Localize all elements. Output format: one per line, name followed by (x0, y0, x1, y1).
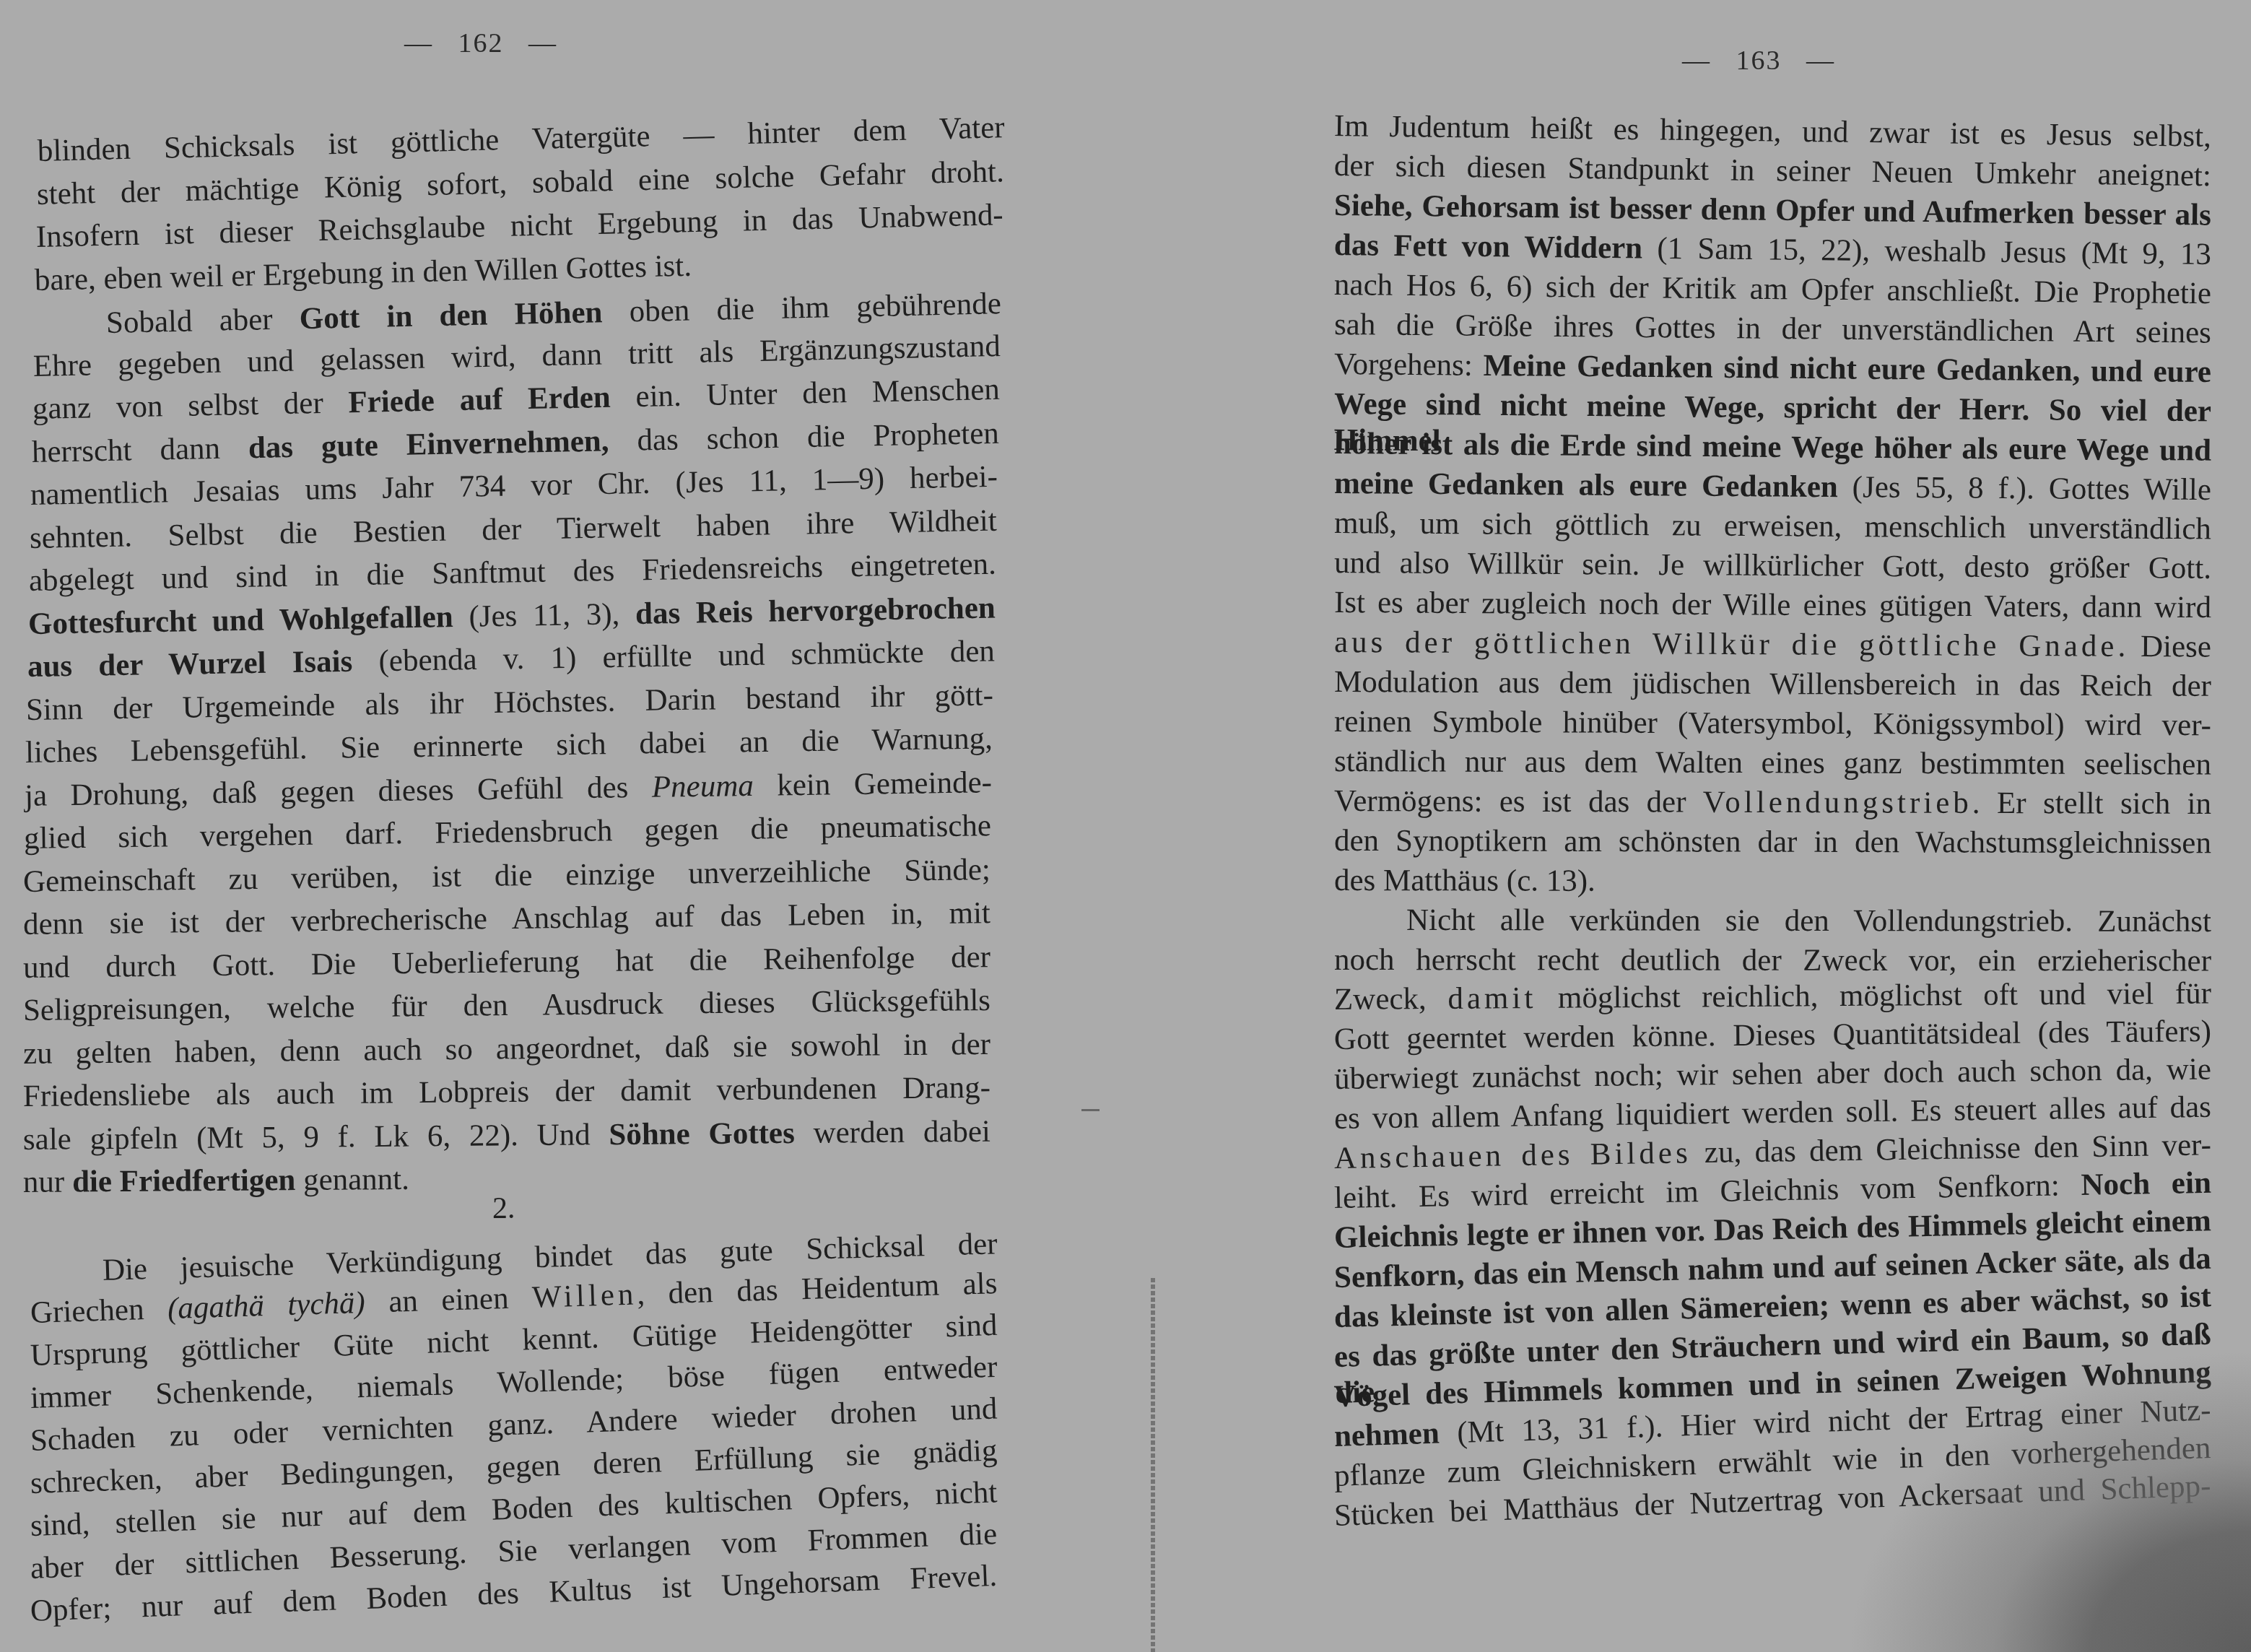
page-number-left: — 162 — (404, 27, 557, 59)
text-line: Seligpreisungen, welche für den Ausdruck… (23, 983, 990, 1029)
text-line: Nicht alle verkünden sie den Vollendungs… (1406, 903, 2211, 940)
text-line: Gottesfurcht und Wohlgefallen (Jes 11, 3… (27, 590, 996, 642)
text-segment: und also Willkür sein. Je willkürlicher … (1334, 546, 2211, 586)
left-page: — 162 — blinden Schicksals ist göttliche… (0, 0, 1126, 1652)
text-segment: möglichst reichlich, möglichst oft und v… (1536, 977, 2211, 1016)
text-segment: muß, um sich göttlich zu erweisen, mensc… (1334, 506, 2211, 546)
text-line: den Synoptikern am schönsten dar in den … (1334, 823, 2211, 861)
text-line: Zweck, damit möglichst reichlich, möglic… (1334, 976, 2211, 1018)
spaced-text: aus der göttlichen Willkür die göttliche… (1334, 625, 2118, 664)
text-segment: an einen (365, 1281, 533, 1320)
bold-text: meine Gedanken als eure Gedanken (1334, 466, 1838, 504)
text-line: reinen Symbole hinüber (Vatersymbol, Kön… (1334, 704, 2211, 744)
text-segment: Gott geerntet werden könne. Dieses Quant… (1334, 1014, 2211, 1056)
text-line: Friedensliebe als auch im Lobpreis der d… (23, 1070, 990, 1115)
text-line: Ist es aber zugleich noch der Wille eine… (1334, 585, 2211, 626)
text-line: Siehe, Gehorsam ist besser denn Opfer un… (1334, 188, 2211, 234)
text-line: Gemeinschaft zu verüben, ist die einzige… (23, 852, 991, 900)
spaced-text: damit (1447, 981, 1536, 1016)
bold-text: Gott in den Höhen (299, 295, 603, 336)
text-segment: nach Hos 6, 6) sich der Kritik am Opfer … (1334, 268, 2211, 310)
text-line: das Fett von Widdern (1 Sam 15, 22), wes… (1334, 227, 2211, 273)
spaced-text: Vollendungstrieb (1703, 786, 1972, 820)
text-line: der sich diesen Standpunkt in seiner Neu… (1334, 148, 2212, 194)
bold-text: Söhne Gottes (609, 1116, 795, 1152)
section-heading: 2. (492, 1191, 515, 1226)
text-segment: herrscht dann (31, 431, 248, 469)
text-segment: das schon die Propheten (609, 416, 999, 458)
text-segment: Sinn der Urgemeinde als ihr Höchstes. Da… (26, 678, 994, 727)
text-segment: zu gelten haben, denn auch so angeordnet… (23, 1027, 990, 1070)
text-line: Sinn der Urgemeinde als ihr Höchstes. Da… (26, 677, 994, 729)
text-segment: Vorgehens: (1334, 347, 1484, 383)
bold-text: höher ist als die Erde sind meine Wege h… (1334, 427, 2211, 468)
bold-text: Gottesfurcht und Wohlgefallen (27, 600, 453, 641)
text-segment: ja Drohung, daß gegen dieses Gefühl des (25, 770, 653, 812)
bold-text: aus der Wurzel Isais (27, 645, 352, 684)
text-line: Vermögens: es ist das der Vollendungstri… (1334, 783, 2211, 822)
text-segment: Modulation aus dem jüdischen Willensbere… (1334, 665, 2211, 703)
bold-text: Noch ein (2081, 1166, 2211, 1202)
text-segment: (1 Sam 15, 22), weshalb Jesus (Mt 9, 13 (1642, 232, 2211, 271)
text-segment: glied sich vergehen darf. Friedensbruch … (23, 809, 991, 856)
text-segment: zu, das dem Gleichnisse den Sinn ver- (1691, 1128, 2211, 1170)
text-segment: ein. Unter den Menschen (610, 373, 1000, 414)
bold-text: Friede auf Erden (348, 381, 611, 419)
text-line: Gott geerntet werden könne. Dieses Quant… (1334, 1014, 2211, 1058)
text-segment: den Synoptikern am schönsten dar in den … (1334, 824, 2211, 860)
text-segment: abgelegt und sind in die Sanftmut des Fr… (29, 547, 997, 598)
text-segment: ständlich nur aus dem Walten eines ganz … (1334, 744, 2211, 782)
text-segment: sale gipfeln (Mt 5, 9 f. Lk 6, 22). Und (23, 1118, 609, 1157)
text-segment: ganz von selbst der (32, 386, 348, 426)
text-segment: bare, eben weil er Ergebung in den Wille… (35, 248, 692, 297)
text-line: muß, um sich göttlich zu erweisen, mensc… (1334, 505, 2211, 547)
bold-text: das Reis hervorgebrochen (635, 591, 996, 630)
text-line: abgelegt und sind in die Sanftmut des Fr… (29, 547, 997, 599)
text-line: und also Willkür sein. Je willkürlicher … (1334, 545, 2211, 587)
text-line: aus der Wurzel Isais (ebenda v. 1) erfül… (27, 633, 995, 685)
text-segment: noch herrscht recht deutlich der Zweck v… (1334, 943, 2211, 978)
text-segment: sehnten. Selbst die Bestien der Tierwelt… (30, 503, 998, 555)
text-segment: denn sie ist der verbrecherische Anschla… (23, 896, 990, 942)
text-segment: (Jes 55, 8 f.). Gottes Wille (1838, 470, 2212, 507)
bold-text: Meine Gedanken sind nicht eure Gedanken,… (1483, 349, 2211, 389)
text-line: des Matthäus (c. 13). (1334, 863, 2211, 901)
text-segment: nur (23, 1165, 72, 1199)
italic-text: (agathä tychä) (167, 1286, 365, 1326)
text-segment: (Jes 11, 3), (453, 596, 635, 633)
text-segment: des Matthäus (c. 13). (1334, 864, 1595, 898)
text-line: noch herrscht recht deutlich der Zweck v… (1334, 942, 2211, 979)
text-segment: (ebenda v. 1) erfüllte und schmückte den (352, 634, 995, 678)
text-segment: Seligpreisungen, welche für den Ausdruck… (23, 983, 990, 1027)
text-line: aus der göttlichen Willkür die göttliche… (1334, 625, 2211, 666)
text-segment: der sich diesen Standpunkt in seiner Neu… (1334, 149, 2211, 193)
text-segment: Zweck, (1334, 982, 1448, 1017)
text-segment: Im Judentum heißt es hingegen, und zwar … (1334, 109, 2211, 154)
text-segment: werden dabei (795, 1114, 991, 1149)
text-segment: oben die ihm gebührende (602, 287, 1001, 329)
text-line: Wege sind nicht meine Wege, spricht der … (1334, 386, 2211, 430)
text-line: zu gelten haben, denn auch so angeordnet… (23, 1026, 990, 1071)
text-line: sah die Größe ihres Gottes in der unvers… (1334, 307, 2211, 352)
bold-text: das gute Einvernehmen, (248, 424, 609, 465)
text-segment: kein Gemeinde- (753, 765, 992, 803)
text-line: glied sich vergehen darf. Friedensbruch … (23, 808, 991, 857)
text-segment: genannt. (295, 1162, 409, 1197)
text-segment: und durch Gott. Die Ueberlieferung hat d… (23, 940, 990, 985)
text-line: denn sie ist der verbrecherische Anschla… (23, 895, 990, 943)
text-line: sale gipfeln (Mt 5, 9 f. Lk 6, 22). Und … (23, 1113, 990, 1157)
text-line: liches Lebensgefühl. Sie erinnerte sich … (25, 721, 993, 771)
text-line: nach Hos 6, 6) sich der Kritik am Opfer … (1334, 267, 2211, 312)
text-segment: Nicht alle verkünden sie den Vollendungs… (1406, 903, 2211, 939)
text-line: höher ist als die Erde sind meine Wege h… (1334, 426, 2211, 469)
text-segment: Vermögens: es ist das der (1334, 784, 1703, 820)
text-line: Modulation aus dem jüdischen Willensbere… (1334, 664, 2211, 705)
text-segment: liches Lebensgefühl. Sie erinnerte sich … (25, 721, 993, 770)
gutter-mark (1081, 1109, 1100, 1111)
spaced-text: Willen (531, 1277, 637, 1314)
page-number-right: — 163 — (1682, 45, 1835, 77)
text-segment: . Diese (2117, 630, 2211, 664)
italic-text: Pneuma (652, 768, 754, 804)
text-segment: reinen Symbole hinüber (Vatersymbol, Kön… (1334, 705, 2211, 742)
spaced-text: Anschauen des Bildes (1334, 1136, 1691, 1175)
text-segment: , den das Heidentum als (637, 1266, 998, 1311)
text-segment: Griechen (30, 1292, 168, 1330)
text-segment: überwiegt zunächst noch; wir sehen aber … (1334, 1052, 2211, 1096)
text-line: meine Gedanken als eure Gedanken (Jes 55… (1334, 466, 2211, 508)
text-segment: . Er stellt sich in (1972, 786, 2211, 821)
text-line: und durch Gott. Die Ueberlieferung hat d… (23, 939, 990, 986)
bold-text: die Friedfertigen (72, 1163, 296, 1199)
text-line: ja Drohung, daß gegen dieses Gefühl des … (25, 765, 993, 814)
page-corner-shadow (1847, 1349, 2251, 1652)
text-line: Vorgehens: Meine Gedanken sind nicht eur… (1334, 347, 2211, 391)
text-segment: Sobald aber (106, 302, 300, 340)
text-segment: Friedensliebe als auch im Lobpreis der d… (23, 1071, 990, 1113)
text-line: ständlich nur aus dem Walten eines ganz … (1334, 744, 2211, 783)
text-segment: sah die Größe ihres Gottes in der unvers… (1334, 308, 2211, 350)
bold-text: Siehe, Gehorsam ist besser denn Opfer un… (1334, 188, 2211, 232)
bold-text: das Fett von Widdern (1334, 228, 1643, 266)
text-segment: Ist es aber zugleich noch der Wille eine… (1334, 586, 2211, 625)
text-line: Im Judentum heißt es hingegen, und zwar … (1334, 108, 2212, 155)
bold-text: nehmen (1333, 1417, 1440, 1453)
text-segment: Gemeinschaft zu verüben, ist die einzige… (23, 853, 990, 899)
